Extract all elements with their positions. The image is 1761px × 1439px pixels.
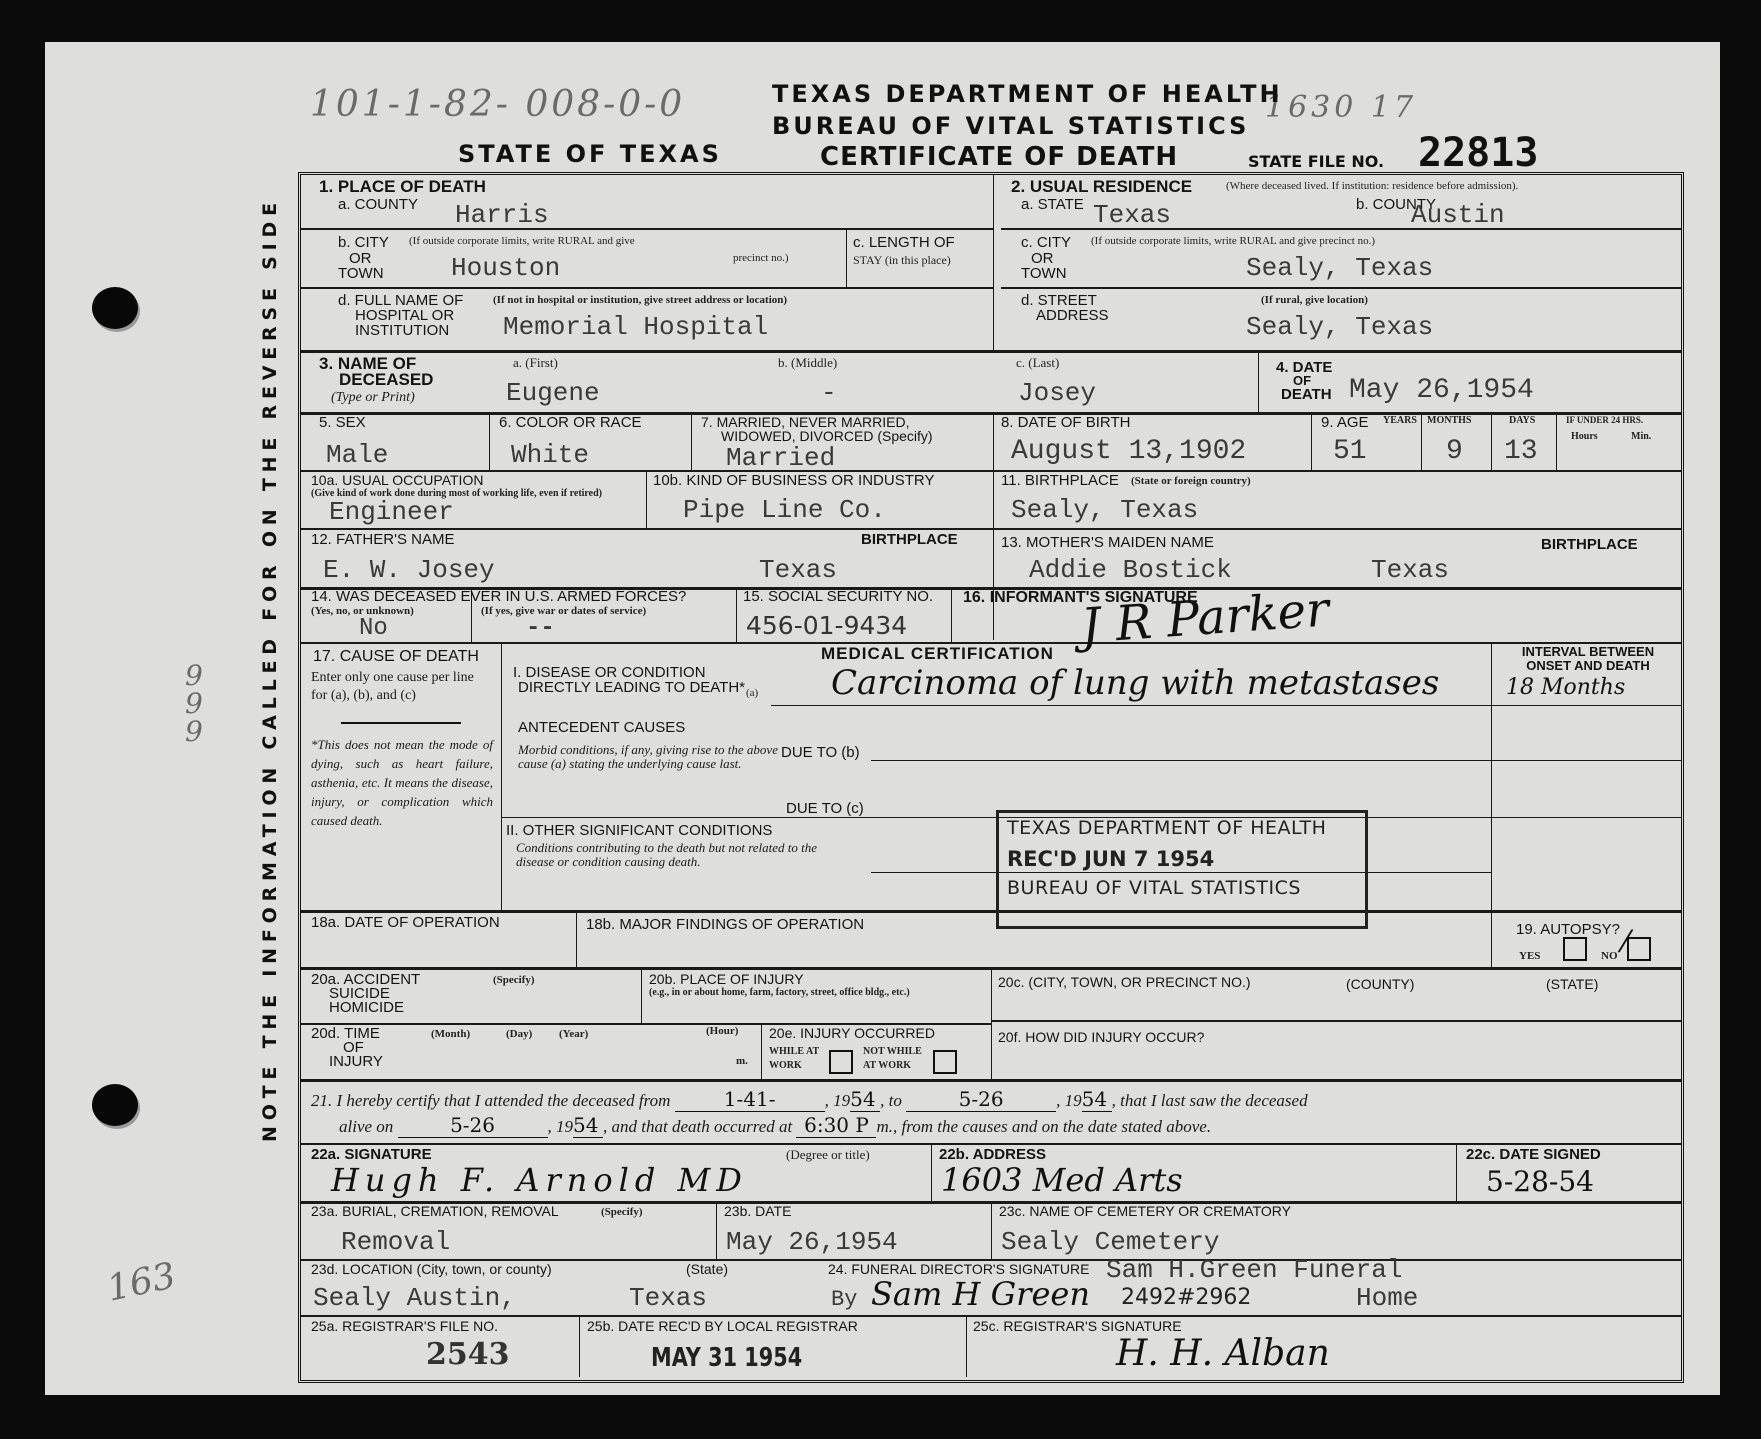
location-label: 23d. LOCATION (City, town, or county) <box>311 1262 552 1277</box>
due-to-b-label: DUE TO (b) <box>781 745 860 761</box>
marital-value: Married <box>726 443 835 473</box>
cemetery-label: 23c. NAME OF CEMETERY OR CREMATORY <box>999 1204 1291 1219</box>
occupation-label: 10a. USUAL OCCUPATION <box>311 473 483 488</box>
interval-value: 18 Months <box>1506 675 1625 700</box>
residence-county-value: Austin <box>1411 200 1505 230</box>
days-label: DAYS <box>1509 415 1535 426</box>
date-signed-value: 5-28-54 <box>1486 1165 1594 1198</box>
certify-text-1a: 21. I hereby certify that I attended the… <box>311 1091 670 1110</box>
injury-month-label: (Month) <box>431 1028 470 1040</box>
mother-name-label: 13. MOTHER'S MAIDEN NAME <box>1001 535 1214 551</box>
funeral-home-value: Home <box>1356 1283 1418 1313</box>
funeral-director-signature: Sam H Green <box>871 1275 1090 1313</box>
date-of-death-value: May 26,1954 <box>1349 375 1534 406</box>
while-at-work-checkbox[interactable] <box>829 1050 853 1074</box>
hours-label: Hours <box>1571 431 1598 442</box>
cause-footnote: *This does not mean the mode of dying, s… <box>311 735 493 830</box>
injury-occurred-label: 20e. INJURY OCCURRED <box>769 1026 935 1041</box>
age-days-value: 13 <box>1504 436 1538 467</box>
injury-type-label3: HOMICIDE <box>329 1000 404 1016</box>
margin-note-top-right: 1630 17 <box>1265 90 1417 125</box>
under-24-label: IF UNDER 24 HRS. <box>1566 415 1643 425</box>
injury-how-label: 20f. HOW DID INJURY OCCUR? <box>998 1030 1204 1045</box>
deceased-type-note: (Type or Print) <box>331 390 415 406</box>
race-value: White <box>511 440 589 470</box>
business-value: Pipe Line Co. <box>683 495 886 525</box>
local-registrar-date-label: 25b. DATE REC'D BY LOCAL REGISTRAR <box>587 1319 858 1334</box>
age-years-value: 51 <box>1333 436 1367 467</box>
death-county-value: Harris <box>455 200 549 230</box>
place-of-death-label: 1. PLACE OF DEATH <box>319 178 486 196</box>
certificate-form: 1. PLACE OF DEATH a. COUNTY Harris b. CI… <box>298 172 1684 1383</box>
father-birthplace-label: BIRTHPLACE <box>861 532 958 548</box>
birthplace-label: 11. BIRTHPLACE <box>1001 473 1119 489</box>
injury-specify-label: (Specify) <box>493 974 535 986</box>
father-birthplace-value: Texas <box>759 555 837 585</box>
registrar-file-label: 25a. REGISTRAR'S FILE NO. <box>311 1319 498 1334</box>
residence-city-label: c. CITY <box>1021 235 1071 251</box>
margin-note-left-vertical: 999 <box>185 662 215 746</box>
funeral-director-by: By <box>831 1287 857 1312</box>
operation-findings-label: 18b. MAJOR FINDINGS OF OPERATION <box>586 917 864 933</box>
residence-street-value: Sealy, Texas <box>1246 312 1433 342</box>
date-of-birth-label: 8. DATE OF BIRTH <box>1001 415 1130 431</box>
state-file-label: STATE FILE NO. <box>1248 152 1384 171</box>
alive-year: 54 <box>573 1113 603 1138</box>
mother-birthplace-value: Texas <box>1371 555 1449 585</box>
autopsy-no-checkbox[interactable] <box>1627 937 1651 961</box>
injury-city-label: 20c. (CITY, TOWN, OR PRECINCT NO.) <box>998 975 1251 990</box>
department-title: TEXAS DEPARTMENT OF HEALTH <box>772 80 1283 108</box>
location-state-value: Texas <box>629 1283 707 1313</box>
residence-state-value: Texas <box>1093 200 1171 230</box>
alive-on-date: 5-26 <box>398 1113 548 1138</box>
date-of-death-label3: DEATH <box>1281 387 1332 403</box>
father-name-label: 12. FATHER'S NAME <box>311 532 454 548</box>
autopsy-yes-checkbox[interactable] <box>1563 937 1587 961</box>
location-value: Sealy Austin, <box>313 1283 516 1313</box>
years-label: YEARS <box>1383 415 1417 426</box>
ssn-label: 15. SOCIAL SECURITY NO. <box>743 589 933 605</box>
certificate-title: CERTIFICATE OF DEATH <box>820 142 1178 172</box>
bureau-title: BUREAU OF VITAL STATISTICS <box>772 112 1249 140</box>
min-label: Min. <box>1631 431 1651 442</box>
hospital-note: (If not in hospital or institution, give… <box>493 294 787 306</box>
residence-city-note: (If outside corporate limits, write RURA… <box>1091 235 1375 247</box>
certificate-page: 101-1-82- 008-0-0 1630 17 999 163 NOTE T… <box>45 42 1720 1395</box>
injury-hour-label: (Hour) <box>706 1025 738 1037</box>
stamp-line-2: REC'D JUN 7 1954 <box>1007 847 1357 871</box>
armed-forces-value: No <box>359 615 388 642</box>
registrar-signature: H. H. Alban <box>1116 1333 1330 1374</box>
local-registrar-date-value: MAY 31 1954 <box>651 1343 802 1373</box>
margin-note-left-bottom: 163 <box>103 1255 179 1309</box>
mother-name-value: Addie Bostick <box>1029 555 1232 585</box>
usual-residence-label: 2. USUAL RESIDENCE <box>1011 178 1192 196</box>
certify-text-2c: m., from the causes and on the date stat… <box>876 1117 1211 1136</box>
residence-street-note: (If rural, give location) <box>1261 294 1368 306</box>
medical-certification-title: MEDICAL CERTIFICATION <box>821 645 1054 663</box>
punch-hole-bottom <box>92 1084 138 1126</box>
stamp-line-1: TEXAS DEPARTMENT OF HEALTH <box>1007 817 1357 839</box>
interval-label: INTERVAL BETWEEN ONSET AND DEATH <box>1498 645 1678 672</box>
vertical-reverse-note: NOTE THE INFORMATION CALLED FOR ON THE R… <box>259 197 281 1142</box>
punch-hole-top <box>92 287 138 329</box>
to-year: 54 <box>1082 1087 1112 1112</box>
last-name-label: c. (Last) <box>1016 355 1059 371</box>
last-name-value: Josey <box>1018 378 1096 408</box>
state-title: STATE OF TEXAS <box>458 140 722 168</box>
hospital-value: Memorial Hospital <box>503 312 768 342</box>
middle-name-label: b. (Middle) <box>778 355 837 371</box>
sex-label: 5. SEX <box>319 415 366 431</box>
residence-city-value: Sealy, Texas <box>1246 253 1433 283</box>
funeral-director-license: 2492#2962 <box>1121 1285 1251 1310</box>
sex-value: Male <box>326 440 388 470</box>
middle-name-value: - <box>821 378 837 408</box>
autopsy-label: 19. AUTOPSY? <box>1516 922 1620 938</box>
usual-residence-note: (Where deceased lived. If institution: r… <box>1226 179 1666 193</box>
to-year-prefix: 19 <box>1065 1091 1082 1110</box>
armed-forces-war-value: -- <box>526 615 555 642</box>
ssn-value: 456-01-9434 <box>746 611 907 640</box>
injury-time-label3: INJURY <box>329 1054 383 1070</box>
certify-text-1b: , that I last saw the deceased <box>1112 1091 1308 1110</box>
antecedent-note: Morbid conditions, if any, giving rise t… <box>518 743 778 771</box>
residence-state-label: a. STATE <box>1021 197 1084 213</box>
death-city-note: (If outside corporate limits, write RURA… <box>409 235 635 247</box>
physician-signature: Hugh F. Arnold MD <box>331 1161 748 1199</box>
injury-place-label: 20b. PLACE OF INJURY <box>649 972 804 987</box>
father-name-value: E. W. Josey <box>323 555 495 585</box>
to-word: to <box>889 1091 902 1110</box>
injury-county-label: (COUNTY) <box>1346 977 1414 992</box>
autopsy-no-check-mark: ⁄ <box>1623 925 1628 960</box>
death-county-label: a. COUNTY <box>338 197 418 213</box>
burial-date-value: May 26,1954 <box>726 1227 898 1257</box>
not-while-at-work-checkbox[interactable] <box>933 1050 957 1074</box>
hospital-label3: INSTITUTION <box>355 323 449 339</box>
part2-note: Conditions contributing to the death but… <box>516 841 846 869</box>
degree-label: (Degree or title) <box>786 1147 870 1163</box>
alive-year-prefix: 19 <box>556 1117 573 1136</box>
cemetery-value: Sealy Cemetery <box>1001 1227 1219 1257</box>
length-of-stay-label: c. LENGTH OF <box>853 235 955 251</box>
part2-label: II. OTHER SIGNIFICANT CONDITIONS <box>506 823 772 839</box>
burial-date-label: 23b. DATE <box>724 1204 791 1219</box>
certify-text-2b: , and that death occurred at <box>603 1117 792 1136</box>
first-name-value: Eugene <box>506 378 600 408</box>
mother-birthplace-label: BIRTHPLACE <box>1541 537 1638 553</box>
death-time: 6:30 P <box>796 1113 876 1138</box>
birthplace-value: Sealy, Texas <box>1011 495 1198 525</box>
due-to-c-label: DUE TO (c) <box>786 801 864 817</box>
residence-city-town: TOWN <box>1021 266 1067 282</box>
antecedent-causes-label: ANTECEDENT CAUSES <box>518 720 685 736</box>
burial-specify: (Specify) <box>601 1206 643 1218</box>
death-city-town: TOWN <box>338 266 384 282</box>
physician-address: 1603 Med Arts <box>941 1161 1183 1199</box>
occupation-value: Engineer <box>329 497 454 527</box>
autopsy-no-label: NO <box>1601 950 1618 962</box>
from-year-prefix: 19 <box>833 1091 850 1110</box>
death-city-label: b. CITY <box>338 235 389 251</box>
cause-a-value: Carcinoma of lung with metastases <box>831 663 1439 703</box>
certify-text-2a: alive on <box>339 1117 393 1136</box>
burial-label: 23a. BURIAL, CREMATION, REMOVAL <box>311 1204 559 1219</box>
autopsy-yes-label: YES <box>1519 950 1540 962</box>
months-label: MONTHS <box>1427 415 1471 426</box>
not-while-at-work-label: NOT WHILE AT WORK <box>863 1045 933 1073</box>
part1-label2: DIRECTLY LEADING TO DEATH* <box>518 680 745 696</box>
injury-year-label: (Year) <box>559 1028 588 1040</box>
business-label: 10b. KIND OF BUSINESS OR INDUSTRY <box>653 473 934 489</box>
residence-street-label2: ADDRESS <box>1036 308 1109 324</box>
age-months-value: 9 <box>1446 436 1463 467</box>
injury-state-label: (STATE) <box>1546 977 1598 992</box>
injury-m-label: m. <box>736 1055 748 1067</box>
location-state-label: (State) <box>686 1262 728 1277</box>
age-label: 9. AGE <box>1321 415 1369 431</box>
stamp-line-3: BUREAU OF VITAL STATISTICS <box>1007 877 1357 899</box>
from-year: 54 <box>850 1087 880 1112</box>
injury-place-note: (e.g., in or about home, farm, factory, … <box>649 987 949 998</box>
race-label: 6. COLOR OR RACE <box>499 415 642 431</box>
length-of-stay-label2: STAY (in this place) <box>853 253 951 268</box>
cause-instructions: Enter only one cause per line for (a), (… <box>311 669 491 705</box>
marital-label2: WIDOWED, DIVORCED (Specify) <box>721 429 933 444</box>
certify-line-2: alive on 5-26, 1954, and that death occu… <box>339 1113 1211 1138</box>
death-city-value: Houston <box>451 253 560 283</box>
first-name-label: a. (First) <box>513 355 558 371</box>
armed-forces-war-note: (If yes, give war or dates of service) <box>481 605 646 617</box>
received-stamp: TEXAS DEPARTMENT OF HEALTH REC'D JUN 7 1… <box>996 810 1368 929</box>
birthplace-note: (State or foreign country) <box>1131 475 1251 487</box>
armed-forces-label: 14. WAS DECEASED EVER IN U.S. ARMED FORC… <box>311 589 686 605</box>
state-file-number: 22813 <box>1418 130 1538 176</box>
cause-of-death-label: 17. CAUSE OF DEATH <box>313 649 479 666</box>
burial-value: Removal <box>341 1227 450 1257</box>
operation-date-label: 18a. DATE OF OPERATION <box>311 915 500 931</box>
injury-day-label: (Day) <box>506 1028 532 1040</box>
certify-line-1: 21. I hereby certify that I attended the… <box>311 1087 1308 1112</box>
while-at-work-label: WHILE AT WORK <box>769 1045 829 1073</box>
death-city-note2: precinct no.) <box>733 252 789 264</box>
date-of-birth-value: August 13,1902 <box>1011 436 1246 467</box>
registrar-file-value: 2543 <box>426 1337 510 1372</box>
date-signed-label: 22c. DATE SIGNED <box>1466 1147 1601 1163</box>
attended-from-date: 1-41- <box>675 1087 825 1112</box>
attended-to-date: 5-26 <box>906 1087 1056 1112</box>
part1-a-label: (a) <box>746 687 758 699</box>
deceased-name-label2: DECEASED <box>339 371 433 389</box>
instructions-divider <box>341 722 461 724</box>
funeral-director-value: Sam H.Green Funeral <box>1106 1255 1402 1285</box>
margin-note-top-left: 101-1-82- 008-0-0 <box>310 84 685 125</box>
registrar-signature-label: 25c. REGISTRAR'S SIGNATURE <box>973 1319 1182 1334</box>
